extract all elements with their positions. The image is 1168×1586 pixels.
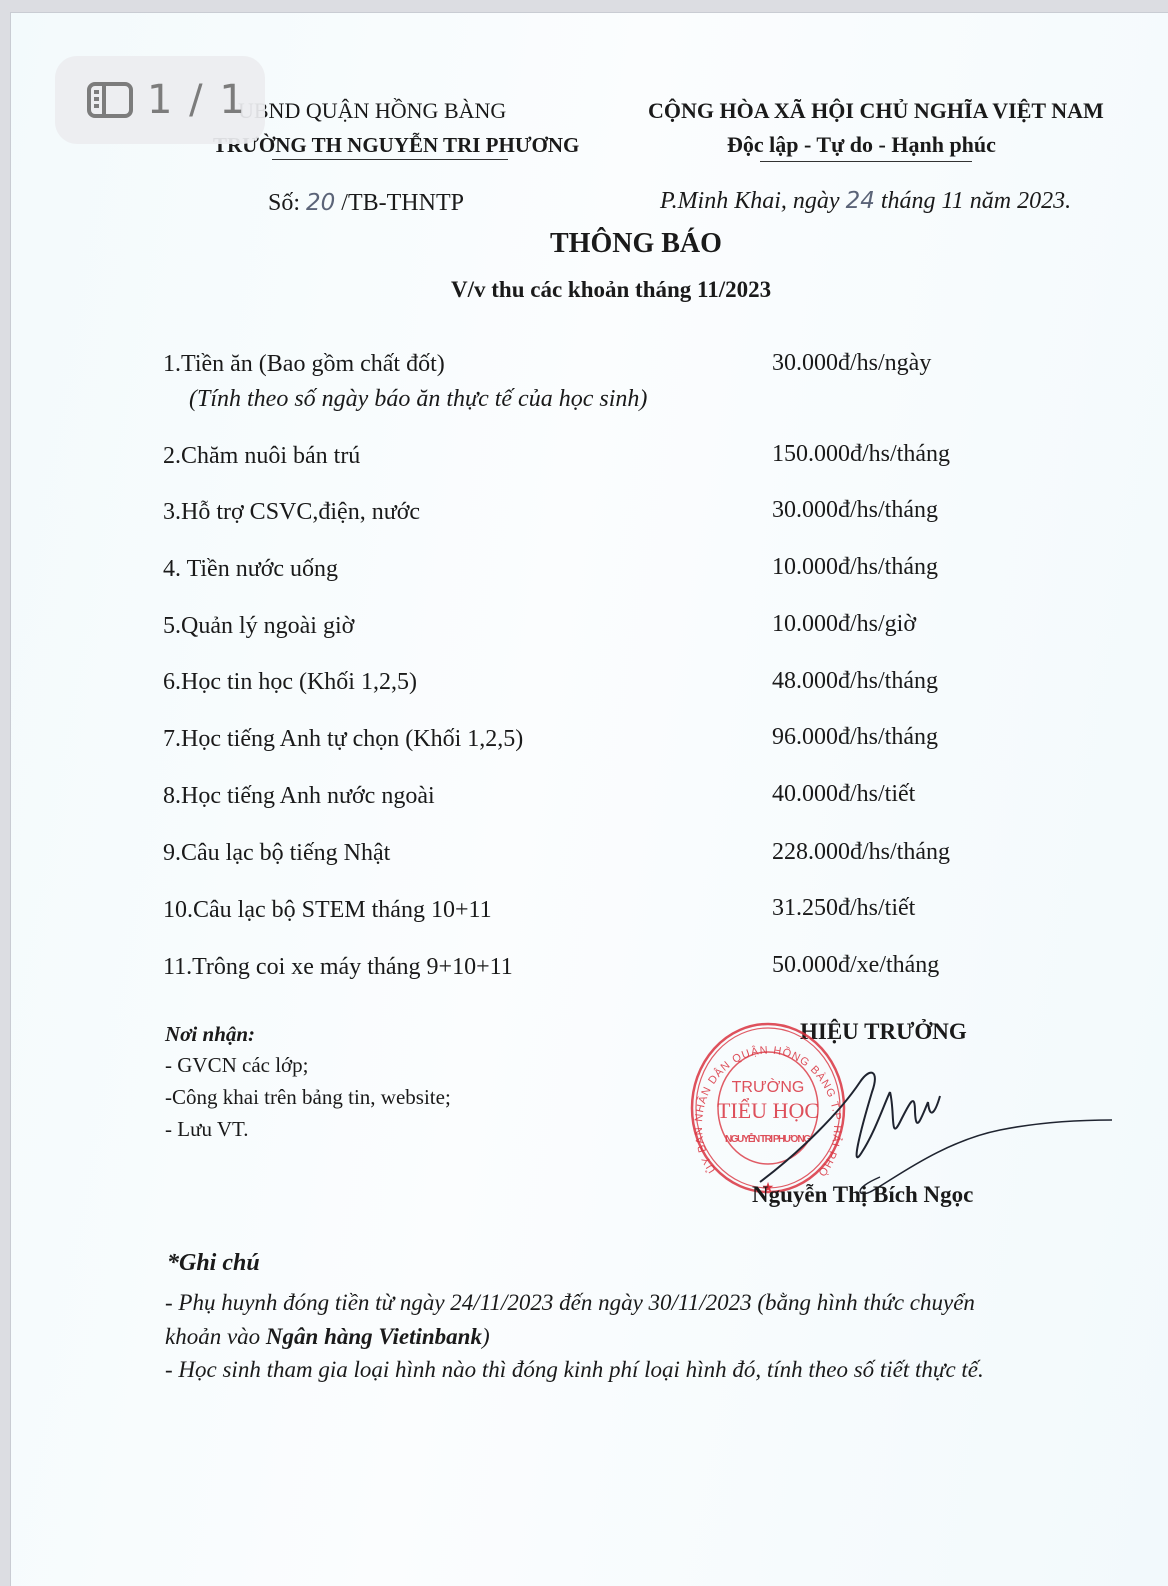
header-motto: Độc lập - Tự do - Hạnh phúc: [727, 132, 996, 158]
recipient-item: -Công khai trên bảng tin, website;: [165, 1085, 451, 1110]
notes-line: khoản vào Ngân hàng Vietinbank): [165, 1324, 490, 1350]
recipients-label: Nơi nhận:: [165, 1022, 255, 1047]
notes-line: - Học sinh tham gia loại hình nào thì đó…: [165, 1357, 984, 1383]
fee-item-name: 6.Học tin học (Khối 1,2,5): [163, 669, 417, 696]
fee-item-name: 9.Câu lạc bộ tiếng Nhật: [163, 840, 390, 867]
fee-item-amount: 48.000đ/hs/tháng: [772, 668, 938, 695]
fee-item-name: 11.Trông coi xe máy tháng 9+10+11: [163, 954, 513, 981]
header-motto-underline: [760, 161, 972, 162]
fee-item-amount: 228.000đ/hs/tháng: [772, 839, 950, 866]
fee-item-name: 4. Tiền nước uống: [163, 556, 338, 583]
fee-item-name: 7.Học tiếng Anh tự chọn (Khối 1,2,5): [163, 726, 523, 753]
header-authority: UBND QUẬN HỒNG BÀNG: [238, 98, 506, 124]
fee-item-name: 8.Học tiếng Anh nước ngoài: [163, 783, 435, 810]
fee-item-amount: 30.000đ/hs/tháng: [772, 497, 938, 524]
notes-label: *Ghi chú: [167, 1250, 260, 1277]
recipient-item: - Lưu VT.: [165, 1117, 249, 1142]
header-country: CỘNG HÒA XÃ HỘI CHỦ NGHĨA VIỆT NAM: [648, 98, 1104, 124]
fee-item-amount: 96.000đ/hs/tháng: [772, 724, 938, 751]
handwritten-signature: [740, 1052, 1120, 1202]
fee-item-amount: 10.000đ/hs/tháng: [772, 554, 938, 581]
fee-item-amount: 150.000đ/hs/tháng: [772, 441, 950, 468]
signer-name: Nguyễn Thị Bích Ngọc: [752, 1182, 973, 1208]
fee-item-amount: 10.000đ/hs/giờ: [772, 611, 916, 638]
fee-item-amount: 30.000đ/hs/ngày: [772, 350, 931, 377]
document-number: Số: 20 /TB-THNTP: [268, 190, 464, 217]
sidebar-panel-icon: [87, 82, 133, 118]
document-subtitle: V/v thu các khoản tháng 11/2023: [451, 277, 771, 303]
header-school-underline: [272, 159, 508, 160]
page-indicator-badge[interactable]: 1 / 1: [55, 56, 265, 144]
document-title: THÔNG BÁO: [550, 228, 722, 260]
notes-line: - Phụ huynh đóng tiền từ ngày 24/11/2023…: [165, 1290, 975, 1316]
fee-item-note: (Tính theo số ngày báo ăn thực tế của họ…: [189, 386, 647, 413]
document-date: P.Minh Khai, ngày 24 tháng 11 năm 2023.: [660, 188, 1071, 215]
fee-item-amount: 40.000đ/hs/tiết: [772, 781, 915, 808]
header-school: TRƯỜNG TH NGUYỄN TRI PHƯƠNG: [213, 133, 579, 158]
fee-item-amount: 31.250đ/hs/tiết: [772, 895, 915, 922]
fee-item-name: 1.Tiền ăn (Bao gồm chất đốt): [163, 351, 445, 378]
fee-item-name: 10.Câu lạc bộ STEM tháng 10+11: [163, 897, 492, 924]
fee-item-amount: 50.000đ/xe/tháng: [772, 952, 939, 979]
fee-item-name: 3.Hỗ trợ CSVC,điện, nước: [163, 499, 420, 526]
fee-item-name: 2.Chăm nuôi bán trú: [163, 443, 360, 470]
document-page: 1 / 1 UBND QUẬN HỒNG BÀNG TRƯỜNG TH NGUY…: [10, 12, 1168, 1586]
fee-item-name: 5.Quản lý ngoài giờ: [163, 613, 354, 640]
bank-name: Ngân hàng Vietinbank: [266, 1324, 482, 1349]
page-counter: 1 / 1: [147, 77, 247, 123]
recipient-item: - GVCN các lớp;: [165, 1053, 308, 1078]
